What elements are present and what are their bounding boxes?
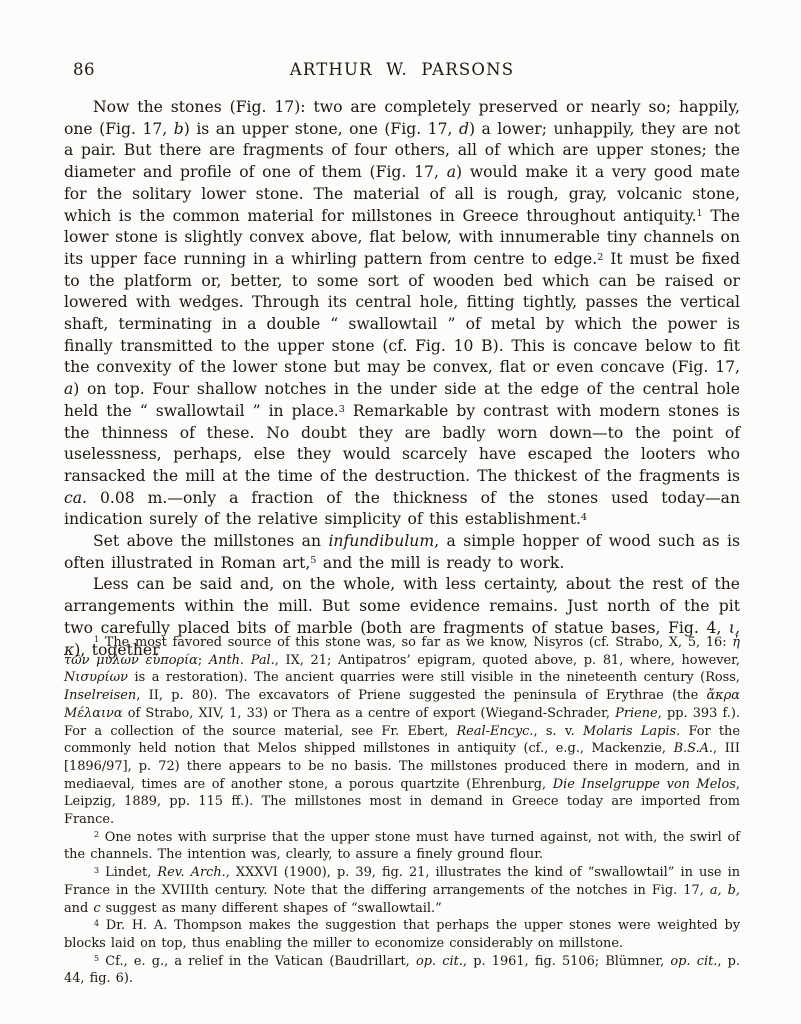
- footnote-marker: 5: [94, 954, 99, 963]
- document-page: 86 ARTHUR W. PARSONS Now the stones (Fig…: [0, 0, 801, 1024]
- footnote: 2 One notes with surprise that the upper…: [64, 829, 740, 864]
- italic-run: a: [64, 380, 73, 398]
- italic-run: a, b,: [710, 883, 740, 898]
- text-run: Dr. H. A. Thompson makes the suggestion …: [64, 918, 740, 951]
- footnote-marker: 2: [597, 252, 603, 263]
- text-run: Cf., e. g., a relief in the Vatican (Bau…: [99, 954, 416, 969]
- footnote-marker: 5: [310, 555, 316, 566]
- footnote: 3 Lindet, Rev. Arch., XXXVI (1900), p. 3…: [64, 864, 740, 917]
- italic-run: B.S.A.: [674, 741, 713, 756]
- italic-run: b: [174, 120, 184, 138]
- text-run: , p. 1961, fig. 5106; Blümner,: [463, 954, 671, 969]
- text-run: Set above the millstones an: [93, 532, 328, 550]
- text-run: Less can be said and, on the whole, with…: [64, 575, 740, 636]
- running-head: 86 ARTHUR W. PARSONS: [64, 61, 740, 83]
- body-paragraph: Now the stones (Fig. 17): two are comple…: [64, 97, 740, 531]
- footnote-marker: 3: [94, 866, 99, 875]
- text-run: Lindet,: [99, 865, 157, 880]
- footnotes-section: 1 The most favored source of this stone …: [64, 634, 740, 988]
- italic-run: Priene: [615, 706, 658, 721]
- body-text-section: Now the stones (Fig. 17): two are comple…: [64, 97, 740, 661]
- text-run: and the mill is ready to work.: [316, 554, 564, 572]
- footnote-marker: 2: [94, 830, 99, 839]
- footnote-marker: 1: [697, 208, 703, 219]
- text-run: , s. v.: [534, 724, 583, 739]
- italic-run: infundibulum: [328, 532, 434, 550]
- text-run: ;: [198, 653, 209, 668]
- italic-run: Νισυρίων: [64, 670, 128, 685]
- italic-run: Real-Encyc.: [456, 724, 533, 739]
- italic-run: op. cit.: [416, 954, 463, 969]
- footnote-marker: 4: [581, 512, 587, 523]
- text-run: of Strabo, XIV, 1, 33) or Thera as a cen…: [123, 706, 616, 721]
- text-run: , II, p. 80). The excavators of Priene s…: [136, 688, 706, 703]
- page-content: 86 ARTHUR W. PARSONS Now the stones (Fig…: [64, 56, 740, 986]
- running-title: ARTHUR W. PARSONS: [64, 61, 740, 79]
- italic-run: Molaris Lapis: [583, 724, 676, 739]
- footnote: 4 Dr. H. A. Thompson makes the suggestio…: [64, 917, 740, 952]
- italic-run: d: [459, 120, 469, 138]
- footnote-marker: 1: [94, 635, 99, 644]
- italic-run: a: [447, 163, 456, 181]
- body-paragraph: Set above the millstones an infundibulum…: [64, 531, 740, 574]
- text-run: The most favored source of this stone wa…: [99, 635, 732, 650]
- footnote-marker: 4: [94, 919, 99, 928]
- text-run: 0.08 m.—only a fraction of the thickness…: [64, 489, 740, 529]
- text-run: It must be fixed to the platform or, bet…: [64, 250, 740, 377]
- footnote: 5 Cf., e. g., a relief in the Vatican (B…: [64, 953, 740, 988]
- text-run: One notes with surprise that the upper s…: [64, 830, 740, 863]
- text-run: is a restoration). The ancient quarries …: [128, 670, 740, 685]
- italic-run: c: [93, 901, 100, 916]
- footnote-marker: 3: [339, 404, 345, 415]
- italic-run: Rev. Arch.: [157, 865, 225, 880]
- text-run: suggest as many different shapes of “swa…: [101, 901, 442, 916]
- text-run: , IX, 21; Antipatros’ epigram, quoted ab…: [275, 653, 740, 668]
- footnote: 1 The most favored source of this stone …: [64, 634, 740, 829]
- text-run: ) is an upper stone, one (Fig. 17,: [184, 120, 459, 138]
- italic-run: Inselreisen: [64, 688, 136, 703]
- italic-run: Die Inselgruppe von Melos: [553, 777, 736, 792]
- text-run: and: [64, 901, 93, 916]
- italic-run: op. cit.: [670, 954, 717, 969]
- italic-run: Anth. Pal.: [209, 653, 275, 668]
- italic-run: ca.: [64, 489, 87, 507]
